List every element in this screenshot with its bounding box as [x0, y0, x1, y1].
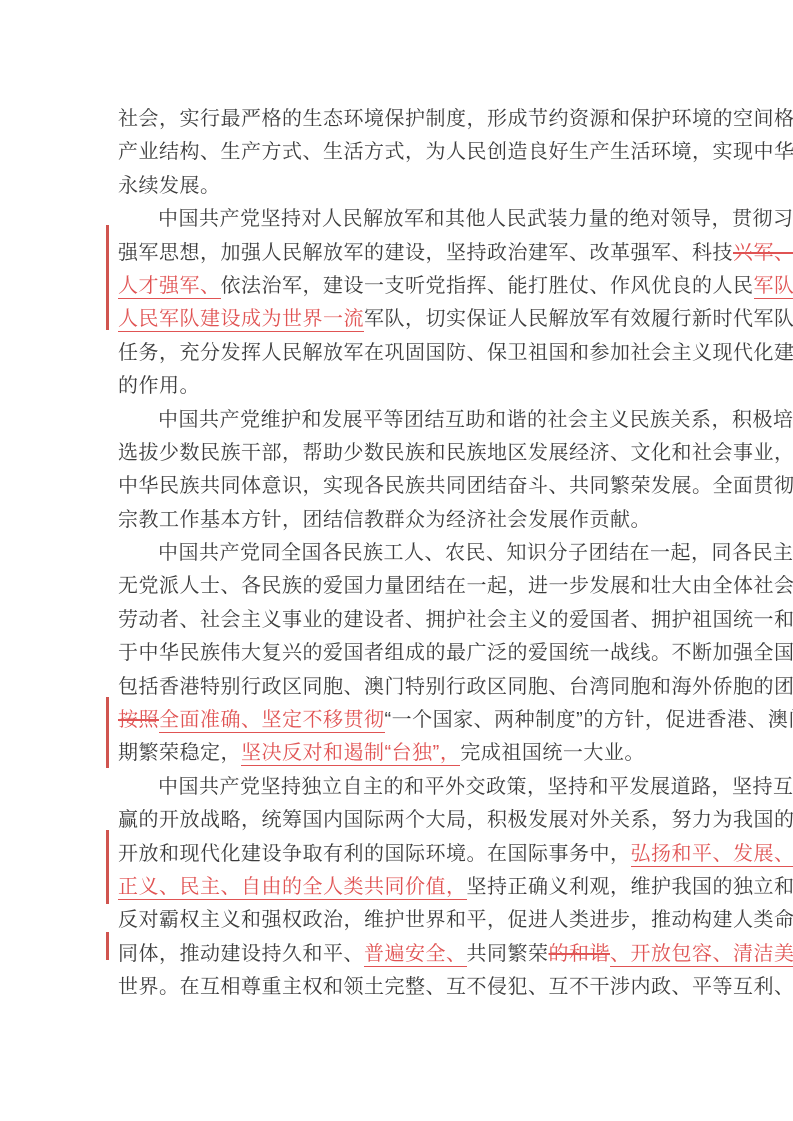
- inserted-text: 坚决反对和遏制“台独”，: [241, 742, 460, 766]
- inserted-text: 人民军队建设成为世界一流: [118, 308, 364, 332]
- text-run: 共同繁荣: [467, 943, 549, 965]
- text-line: 正义、民主、自由的全人类共同价值，坚持正确义利观，维护我国的独立和主权，: [118, 871, 680, 904]
- inserted-text: 弘扬和平、发展、公平、: [631, 843, 793, 867]
- text-run: 选拔少数民族干部，帮助少数民族和民族地区发展经济、文化和社会事业，铸牢: [118, 442, 793, 464]
- change-bar: [106, 932, 109, 960]
- text-run: 完成祖国统一大业。: [460, 742, 645, 764]
- deleted-text: 按照: [118, 709, 159, 731]
- text-run: 中国共产党坚持对人民解放军和其他人民武装力量的绝对领导，贯彻习近平: [158, 208, 793, 230]
- text-line: 中国共产党维护和发展平等团结互助和谐的社会主义民族关系，积极培养、: [118, 404, 680, 437]
- text-run: 任务，充分发挥人民解放军在巩固国防、保卫祖国和参加社会主义现代化建设中: [118, 342, 793, 364]
- text-run: 中华民族共同体意识，实现各民族共同团结奋斗、共同繁荣发展。全面贯彻党的: [118, 475, 793, 497]
- text-line: 劳动者、社会主义事业的建设者、拥护社会主义的爱国者、拥护祖国统一和致力: [118, 604, 680, 637]
- text-line: 反对霸权主义和强权政治，维护世界和平，促进人类进步，推动构建人类命运共: [118, 904, 680, 937]
- text-run: 军队，切实保证人民解放军有效履行新时代军队使命: [364, 308, 793, 330]
- text-line: 开放和现代化建设争取有利的国际环境。在国际事务中，弘扬和平、发展、公平、: [118, 838, 680, 871]
- text-block: 社会，实行最严格的生态环境保护制度，形成节约资源和保护环境的空间格局、产业结构、…: [118, 103, 680, 1005]
- text-run: 坚持正确义利观，维护我国的独立和主权，: [467, 876, 793, 898]
- text-line: 社会，实行最严格的生态环境保护制度，形成节约资源和保护环境的空间格局、: [118, 103, 680, 136]
- text-run: 社会，实行最严格的生态环境保护制度，形成节约资源和保护环境的空间格局、: [118, 108, 793, 130]
- inserted-text: 全面准确、坚定不移贯彻: [159, 709, 385, 733]
- text-line: 人才强军、依法治军，建设一支听党指挥、能打胜仗、作风优良的人民军队，把: [118, 270, 680, 303]
- inserted-text: 正义、民主、自由的全人类共同价值，: [118, 876, 467, 900]
- text-line: 同体，推动建设持久和平、普遍安全、共同繁荣的和谐、开放包容、清洁美丽的: [118, 938, 680, 971]
- text-line: 宗教工作基本方针，团结信教群众为经济社会发展作贡献。: [118, 504, 680, 537]
- text-run: 宗教工作基本方针，团结信教群众为经济社会发展作贡献。: [118, 509, 651, 531]
- text-line: 包括香港特别行政区同胞、澳门特别行政区同胞、台湾同胞和海外侨胞的团结。: [118, 671, 680, 704]
- text-line: 无党派人士、各民族的爱国力量团结在一起，进一步发展和壮大由全体社会主义: [118, 570, 680, 603]
- text-line: 赢的开放战略，统筹国内国际两个大局，积极发展对外关系，努力为我国的改革: [118, 804, 680, 837]
- text-line: 于中华民族伟大复兴的爱国者组成的最广泛的爱国统一战线。不断加强全国人民: [118, 637, 680, 670]
- text-run: 同体，推动建设持久和平、: [118, 943, 364, 965]
- inserted-text: 普遍安全、: [364, 943, 467, 967]
- deleted-text: 的和谐: [549, 943, 611, 965]
- document-page: 社会，实行最严格的生态环境保护制度，形成节约资源和保护环境的空间格局、产业结构、…: [0, 0, 793, 1121]
- text-line: 永续发展。: [118, 170, 680, 203]
- paragraph: 中国共产党同全国各民族工人、农民、知识分子团结在一起，同各民主党派、无党派人士、…: [118, 537, 680, 771]
- inserted-text: 人才强军、: [118, 275, 221, 299]
- inserted-text: 军队，把: [754, 275, 793, 299]
- change-bar: [106, 697, 109, 768]
- text-line: 中国共产党同全国各民族工人、农民、知识分子团结在一起，同各民主党派、: [118, 537, 680, 570]
- text-run: “一个国家、两种制度”的方针，促进香港、澳门长: [385, 709, 793, 731]
- paragraph: 中国共产党坚持对人民解放军和其他人民武装力量的绝对领导，贯彻习近平强军思想，加强…: [118, 203, 680, 403]
- text-line: 中国共产党坚持对人民解放军和其他人民武装力量的绝对领导，贯彻习近平: [118, 203, 680, 236]
- text-line: 按照全面准确、坚定不移贯彻“一个国家、两种制度”的方针，促进香港、澳门长: [118, 704, 680, 737]
- paragraph: 社会，实行最严格的生态环境保护制度，形成节约资源和保护环境的空间格局、产业结构、…: [118, 103, 680, 203]
- text-run: 赢的开放战略，统筹国内国际两个大局，积极发展对外关系，努力为我国的改革: [118, 809, 793, 831]
- paragraph: 中国共产党维护和发展平等团结互助和谐的社会主义民族关系，积极培养、选拔少数民族干…: [118, 404, 680, 538]
- change-bar: [106, 830, 109, 904]
- text-run: 依法治军，建设一支听党指挥、能打胜仗、作风优良的人民: [221, 275, 754, 297]
- text-run: 产业结构、生产方式、生活方式，为人民创造良好生产生活环境，实现中华民族: [118, 141, 793, 163]
- text-run: 开放和现代化建设争取有利的国际环境。在国际事务中，: [118, 843, 631, 865]
- text-line: 中国共产党坚持独立自主的和平外交政策，坚持和平发展道路，坚持互利共: [118, 771, 680, 804]
- text-run: 包括香港特别行政区同胞、澳门特别行政区同胞、台湾同胞和海外侨胞的团结。: [118, 676, 793, 698]
- text-line: 强军思想，加强人民解放军的建设，坚持政治建军、改革强军、科技兴军、强军、: [118, 237, 680, 270]
- text-run: 反对霸权主义和强权政治，维护世界和平，促进人类进步，推动构建人类命运共: [118, 909, 793, 931]
- text-run: 世界。在互相尊重主权和领土完整、互不侵犯、互不干涉内政、平等互利、和平: [118, 976, 793, 998]
- paragraph: 中国共产党坚持独立自主的和平外交政策，坚持和平发展道路，坚持互利共赢的开放战略，…: [118, 771, 680, 1005]
- text-line: 中华民族共同体意识，实现各民族共同团结奋斗、共同繁荣发展。全面贯彻党的: [118, 470, 680, 503]
- text-line: 选拔少数民族干部，帮助少数民族和民族地区发展经济、文化和社会事业，铸牢: [118, 437, 680, 470]
- text-run: 无党派人士、各民族的爱国力量团结在一起，进一步发展和壮大由全体社会主义: [118, 575, 793, 597]
- text-line: 期繁荣稳定，坚决反对和遏制“台独”，完成祖国统一大业。: [118, 737, 680, 770]
- text-line: 世界。在互相尊重主权和领土完整、互不侵犯、互不干涉内政、平等互利、和平: [118, 971, 680, 1004]
- text-line: 产业结构、生产方式、生活方式，为人民创造良好生产生活环境，实现中华民族: [118, 136, 680, 169]
- text-run: 劳动者、社会主义事业的建设者、拥护社会主义的爱国者、拥护祖国统一和致力: [118, 609, 793, 631]
- text-line: 任务，充分发挥人民解放军在巩固国防、保卫祖国和参加社会主义现代化建设中: [118, 337, 680, 370]
- text-run: 于中华民族伟大复兴的爱国者组成的最广泛的爱国统一战线。不断加强全国人民: [118, 642, 793, 664]
- text-run: 的作用。: [118, 375, 200, 397]
- text-run: 中国共产党坚持独立自主的和平外交政策，坚持和平发展道路，坚持互利共: [158, 776, 793, 798]
- inserted-text: 、开放包容、清洁美丽的: [610, 943, 793, 967]
- text-run: 永续发展。: [118, 175, 221, 197]
- text-line: 的作用。: [118, 370, 680, 403]
- text-line: 人民军队建设成为世界一流军队，切实保证人民解放军有效履行新时代军队使命: [118, 303, 680, 336]
- text-run: 期繁荣稳定，: [118, 742, 241, 764]
- text-run: 强军思想，加强人民解放军的建设，坚持政治建军、改革强军、科技: [118, 242, 733, 264]
- change-bar: [106, 225, 109, 330]
- text-run: 中国共产党同全国各民族工人、农民、知识分子团结在一起，同各民主党派、: [158, 542, 793, 564]
- text-run: 中国共产党维护和发展平等团结互助和谐的社会主义民族关系，积极培养、: [158, 409, 793, 431]
- deleted-text: 兴军、: [733, 242, 793, 264]
